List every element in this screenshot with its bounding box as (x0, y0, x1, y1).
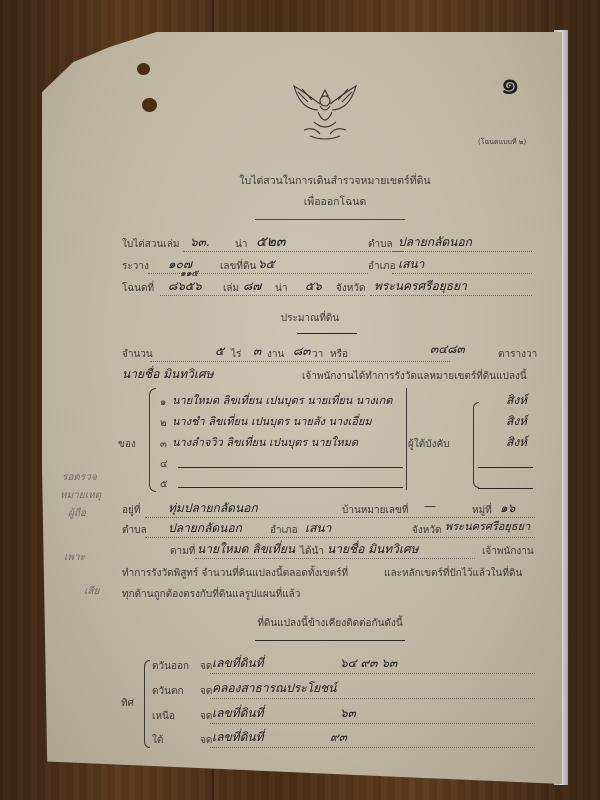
direction-label: เหนือ (152, 709, 175, 724)
owner-name: นางลำจวิว ลิขเที่ยน เปนบุตร นายใหมด (172, 433, 358, 451)
owner-no: ๓ (160, 437, 167, 452)
direction-label: ตวันออก (152, 659, 189, 674)
owners-box-right (406, 388, 407, 490)
ngan-value: ๓ (253, 342, 261, 361)
address-amphoe-value: เสนา (305, 519, 331, 538)
amphoe-value: เสนา (398, 255, 424, 274)
document-title: ใบไต่สวนในการเดินสำรวจหมายเขตร์ที่ดิน (200, 172, 470, 189)
ngan-label: งาน (267, 347, 284, 362)
officer-statement: เจ้าพนักงานได้ทำการรังวัดแลหมายเขตร์ที่ด… (302, 369, 527, 384)
ornamental-divider (255, 219, 405, 220)
showed-value: นายชื่อ มินทวิเศษ (327, 540, 419, 559)
statement-line-1b: และหลักเขตร์ที่ปักไว้แล้วในที่ดิน (384, 566, 522, 581)
margin-note: ผู้ถือ (68, 506, 86, 521)
boundary-value: เลขที่ดินที่ (212, 654, 263, 673)
document-subtitle: เพื่อออกโฉนด (200, 193, 470, 210)
land-no-label: เลขที่ดิน (220, 259, 256, 274)
province-value: พระนครศรีอยุธยา (374, 277, 467, 296)
house-no-label: บ้านหมายเลขที่ (342, 503, 408, 518)
owner-age: สิงห์ (506, 412, 527, 431)
rai-label: ไร่ (231, 347, 241, 362)
boundaries-brace (144, 660, 150, 748)
house-no-value: — (424, 499, 436, 513)
owner-name: นายใหมด ลิขเที่ยน เปนบุตร นายเที่ยน นางเ… (172, 391, 392, 409)
statement-line-1a: ทำการรังวัดพิสูทร์ จำนวนที่ดินแปลงนี้ตลอ… (122, 566, 348, 581)
sqwa-label: ตารางวา (498, 347, 537, 362)
form-code: (โฉนดแบบที่ ๒) (478, 137, 526, 148)
or-label: หรือ (330, 347, 348, 362)
paper-hole (137, 63, 150, 75)
boundary-numbers: ๖๔ ๙๓ ๖๓ (340, 654, 397, 673)
wa-value: ๘๓ (293, 342, 310, 361)
amount-label: จำนวน (122, 347, 153, 362)
wa-label: วา (312, 347, 323, 362)
moo-label: หมู่ที่ (472, 503, 492, 518)
boundary-value: เลขที่ดินที่ (212, 728, 263, 747)
boundary-value: คลองสาธารณประโยชน์ (212, 679, 336, 698)
moo-value: ๑๖ (500, 499, 515, 518)
deed-label: โฉนดที่ (122, 281, 154, 296)
blank-line (178, 467, 403, 468)
officer-name: นายชื่อ มินทวิเศษ (122, 365, 214, 384)
margin-note: เพาะ (64, 550, 85, 565)
paper-hole (142, 98, 157, 112)
margin-note: หมายเหตุ (60, 488, 101, 503)
heading-underline (255, 640, 405, 641)
owners-label: ของ (118, 437, 136, 452)
province-label: จังหวัด (336, 281, 365, 296)
statement-line-2: ทุกด้านถูกต้องตรงกับที่ดินแลรูปแผนที่แล้… (122, 587, 300, 602)
address-province-value: พระนครศรีอยุธยา (445, 517, 530, 535)
residence-value: ทุ่มปลายกลัดนอก (168, 499, 258, 518)
margin-note: รอตรวจ (62, 470, 97, 485)
deed-book-label: เล่ม (223, 281, 239, 296)
page-label: น่า (235, 237, 247, 252)
owner-name: นางชำ ลิขเที่ยน เปนบุตร นายลัง นางเอี่ยม (172, 412, 372, 430)
owner-age: สิงห์ (506, 433, 527, 452)
officer-label: เจ้าพนักงาน (482, 544, 534, 559)
page-value: ๕๒๓ (256, 231, 285, 253)
deed-book-value: ๘๗ (243, 277, 261, 296)
by-label: ตามที่ (170, 544, 195, 559)
rawang-label: ระวาง (122, 259, 149, 274)
address-province-label: จังหวัด (412, 523, 441, 538)
boundary-numbers: ๖๓ (340, 704, 356, 723)
blank-line (178, 487, 403, 488)
deed-page-value: ๕๖ (305, 277, 322, 296)
side-label: ทิศ (121, 696, 134, 711)
deed-page-label: น่า (275, 281, 287, 296)
boundary-value: เลขที่ดินที่ (212, 704, 263, 723)
heading-underline (297, 333, 357, 334)
sqwa-value: ๓๔๘๓ (430, 340, 465, 359)
margin-note: เสีย (84, 584, 99, 599)
address-tambon-label: ตำบล (122, 523, 147, 538)
by-value: นายใหมด ลิขเที่ยน (197, 540, 295, 559)
address-amphoe-label: อำเภอ (270, 523, 298, 538)
direction-label: ใต้ (152, 733, 163, 748)
owners-suffix: ผู้ใต้บังคับ (408, 437, 450, 452)
blank-line (478, 467, 533, 468)
land-no-value: ๖๕ (258, 255, 275, 274)
book-value: ๖๓. (190, 233, 210, 252)
owner-age: สิงห์ (506, 391, 527, 410)
garuda-emblem-icon (290, 84, 360, 144)
blank-line (478, 488, 533, 489)
tambon-label: ตำบล (368, 237, 393, 252)
boundary-numbers: ๙๓ (330, 728, 347, 747)
boundaries-heading: ที่ดินแปลงนี้ข้างเคียงติดต่อกันดังนี้ (240, 616, 420, 631)
address-tambon-value: ปลายกลัดนอก (168, 519, 242, 538)
residence-label: อยู่ที่ (122, 503, 140, 518)
tambon-value: ปลายกลัดนอก (398, 233, 472, 252)
area-heading: ประมาณที่ดิน (260, 311, 360, 326)
owner-no: ๕ (160, 477, 168, 492)
owners-brace (149, 388, 156, 492)
owner-no: ๒ (160, 416, 167, 431)
direction-label: ตวันตก (152, 684, 184, 699)
deed-value: ๘๖๕๖ (168, 277, 202, 296)
showed-label: ได้นำ (300, 544, 324, 559)
owner-no: ๔ (160, 457, 168, 472)
owner-no: ๑ (160, 395, 166, 410)
age-brace (473, 402, 479, 488)
handwritten-page-number: ๑ (500, 58, 520, 109)
book-label: ใบไต่สวนเล่ม (122, 237, 179, 252)
rai-value: ๕ (215, 342, 224, 361)
